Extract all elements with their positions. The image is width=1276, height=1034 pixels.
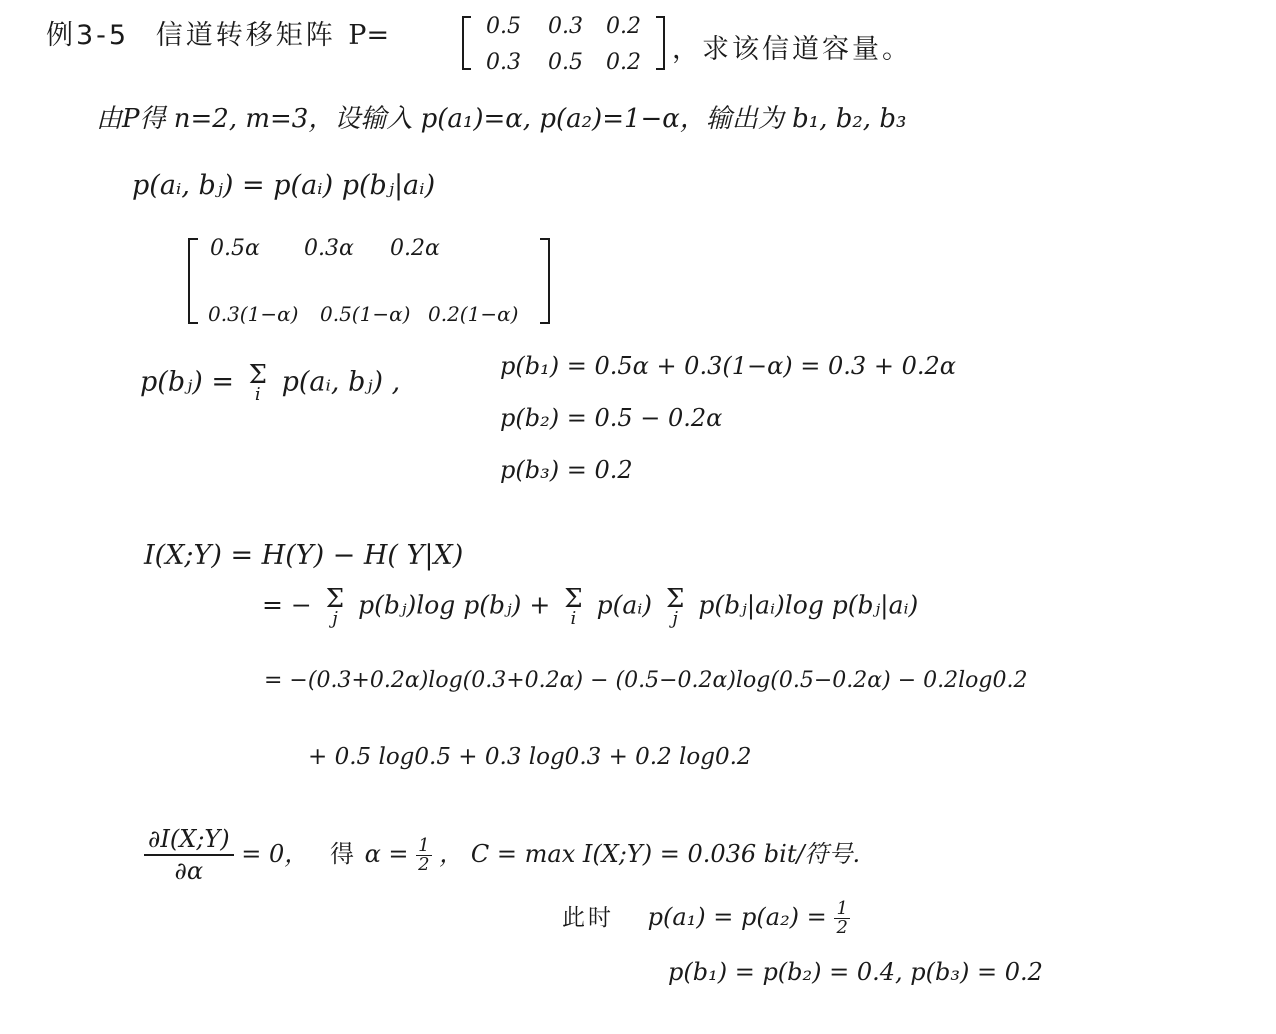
- matrix-cell: 0.5: [548, 50, 583, 75]
- capacity-result: ， C = max I(X;Y) = 0.036 bit/符号.: [439, 840, 860, 868]
- marginal-rhs: p(aᵢ, bⱼ) ,: [282, 367, 401, 398]
- mi-line-2-term-3: p(bⱼ|aᵢ)log p(bⱼ|aᵢ): [698, 591, 918, 620]
- matrix-cell: 0.5: [486, 14, 521, 39]
- mi-line-2: = − Σ j p(bⱼ)log p(bⱼ) + Σ i p(aᵢ) Σ j p…: [262, 586, 918, 628]
- pb2-line: p(b₂) = 0.5 − 0.2α: [500, 406, 722, 430]
- derivative-numerator: ∂I(X;Y): [144, 826, 234, 856]
- mi-line-2-term-2: p(aᵢ): [597, 591, 652, 620]
- problem-text-2: ，求该信道容量。: [672, 36, 912, 63]
- mi-line-1: I(X;Y) = H(Y) − H( Y|X): [144, 542, 463, 569]
- derivative-fraction: ∂I(X;Y) ∂α: [144, 826, 234, 885]
- joint-cell: 0.3(1−α): [208, 302, 298, 326]
- pa-equals: p(a₁) = p(a₂) =: [648, 903, 827, 931]
- pb-result-line: p(b₁) = p(b₂) = 0.4, p(b₃) = 0.2: [668, 960, 1043, 984]
- matrix-bracket-left: [462, 16, 471, 70]
- half-fraction: 1 2: [834, 900, 849, 937]
- at-this-time-label: 此时: [562, 905, 614, 931]
- half-denominator: 2: [416, 856, 431, 874]
- mi-line-2-term-1: p(bⱼ)log p(bⱼ) +: [358, 591, 550, 620]
- joint-cell: 0.5(1−α): [320, 302, 410, 326]
- marginal-formula: p(bⱼ) = Σ i p(aᵢ, bⱼ) ,: [140, 362, 400, 404]
- joint-cell: 0.2α: [390, 236, 440, 261]
- derivative-denominator: ∂α: [144, 856, 234, 884]
- setup-line: 由P得 n=2, m=3，设输入 p(a₁)=α, p(a₂)=1−α，输出为 …: [96, 106, 906, 132]
- problem-title: 例3-5 信道转移矩阵 P=: [46, 22, 389, 49]
- sum-symbol: Σ j: [666, 586, 684, 628]
- at-this-time-line: 此时 p(a₁) = p(a₂) = 1 2: [562, 900, 850, 937]
- matrix-cell: 0.3: [486, 50, 521, 75]
- half-denominator: 2: [834, 919, 849, 937]
- derivative-equals: = 0，: [241, 840, 308, 868]
- pb1-line: p(b₁) = 0.5α + 0.3(1−α) = 0.3 + 0.2α: [500, 354, 956, 378]
- sum-symbol: Σ j: [326, 586, 344, 628]
- joint-cell: 0.3α: [304, 236, 354, 261]
- mi-line-2-prefix: = −: [262, 591, 312, 620]
- mi-line-3: = −(0.3+0.2α)log(0.3+0.2α) − (0.5−0.2α)l…: [264, 670, 1028, 692]
- sum-symbol: Σ i: [249, 362, 267, 404]
- matrix-cell: 0.2: [606, 50, 641, 75]
- result-line: ∂I(X;Y) ∂α = 0， 得 α = 1 2 ， C = max I(X;…: [144, 826, 860, 885]
- joint-cell: 0.5α: [210, 236, 260, 261]
- example-label: 例3-5: [46, 20, 129, 51]
- matrix-bracket-right: [656, 16, 665, 70]
- pb3-line: p(b₃) = 0.2: [500, 458, 633, 482]
- matrix-symbol: P=: [348, 20, 389, 51]
- mi-line-4: + 0.5 log0.5 + 0.3 log0.3 + 0.2 log0.2: [308, 746, 752, 769]
- joint-bracket-left: [188, 238, 198, 324]
- matrix-cell: 0.2: [606, 14, 641, 39]
- get-text: 得: [330, 840, 357, 868]
- joint-formula: p(aᵢ, bⱼ) = p(aᵢ) p(bⱼ|aᵢ): [132, 172, 435, 199]
- sum-symbol: Σ i: [564, 586, 582, 628]
- marginal-lhs: p(bⱼ) =: [140, 367, 234, 398]
- matrix-cell: 0.3: [548, 14, 583, 39]
- half-fraction: 1 2: [416, 837, 431, 874]
- problem-text-1: 信道转移矩阵: [156, 20, 336, 51]
- alpha-equals: α =: [365, 840, 409, 868]
- joint-cell: 0.2(1−α): [428, 302, 518, 326]
- joint-bracket-right: [540, 238, 550, 324]
